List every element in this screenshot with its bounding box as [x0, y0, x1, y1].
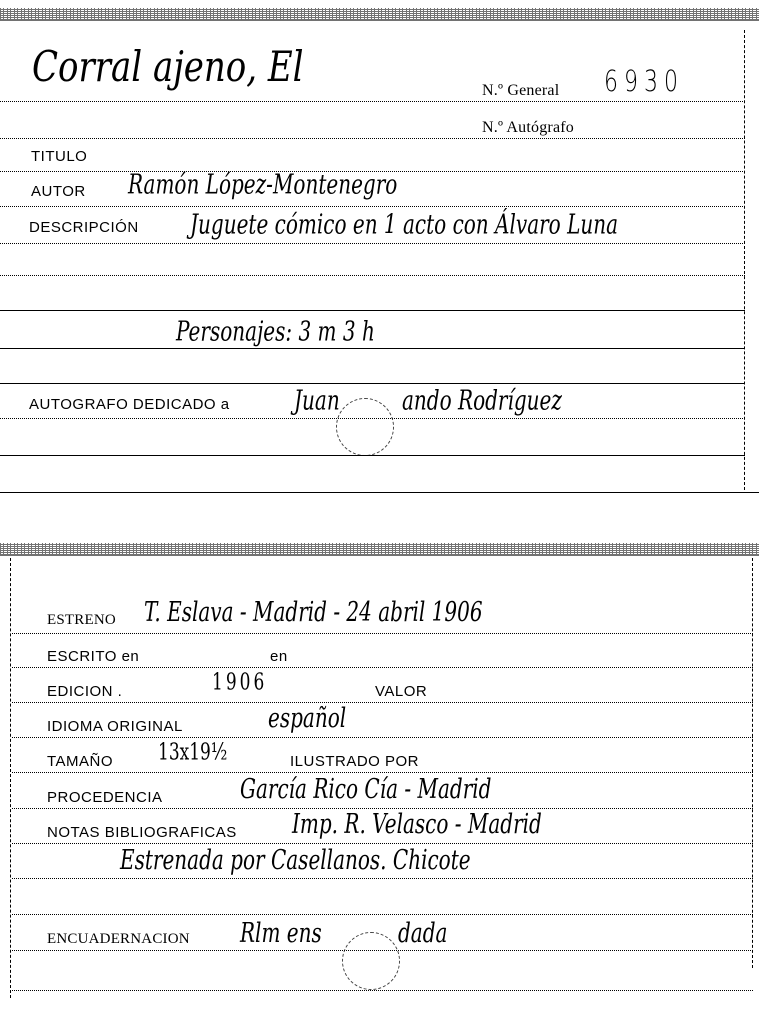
card-left-border: [10, 558, 12, 998]
ilustrado-label: ILUSTRADO POR: [290, 753, 419, 770]
rule: [12, 914, 753, 915]
encuadernacion-value-left: Rlm ens: [240, 917, 322, 949]
idioma-value: español: [268, 702, 346, 734]
edicion-value: 1906: [212, 669, 267, 696]
encuadernacion-value-right: dada: [398, 917, 447, 949]
catalog-card-top: Corral ajeno, El N.º General 6930 N.º Au…: [0, 0, 759, 500]
autor-label: AUTOR: [31, 183, 86, 200]
estreno-value: T. Eslava - Madrid - 24 abril 1906: [144, 596, 483, 628]
estreno-label: ESTRENO: [47, 612, 116, 629]
escrito-label: ESCRITO en: [47, 648, 139, 665]
valor-label: VALOR: [375, 683, 427, 700]
rule: [0, 455, 745, 456]
card-bottom-edge: [0, 492, 759, 493]
tamano-label: TAMAÑO: [47, 753, 113, 770]
autor-value: Ramón López-Montenegro: [128, 168, 397, 200]
notas-value-1: Imp. R. Velasco - Madrid: [292, 808, 542, 840]
rule: [0, 243, 745, 244]
rule: [12, 702, 753, 703]
personajes-value: Personajes: 3 m 3 h: [176, 315, 375, 347]
catalog-card-bottom: ESTRENO T. Eslava - Madrid - 24 abril 19…: [0, 540, 759, 1028]
idioma-label: IDIOMA ORIGINAL: [47, 718, 183, 735]
rule: [0, 101, 745, 102]
n-autografo-label: N.º Autógrafo: [482, 119, 574, 137]
punch-hole: [342, 932, 400, 990]
descripcion-value: Juguete cómico en 1 acto con Álvaro Luna: [190, 208, 618, 240]
procedencia-label: PROCEDENCIA: [47, 789, 163, 806]
rule: [12, 737, 753, 738]
autografo-value-right: ando Rodríguez: [402, 384, 562, 416]
card-right-border: [752, 558, 754, 968]
rule: [0, 138, 745, 139]
rule: [0, 383, 745, 384]
encuadernacion-label: ENCUADERNACION: [47, 931, 190, 948]
notas-value-2: Estrenada por Casellanos. Chicote: [120, 844, 471, 876]
rule: [12, 950, 753, 951]
rule: [12, 633, 753, 634]
rule: [0, 275, 745, 276]
n-general-label: N.º General: [482, 82, 559, 100]
rule: [12, 878, 753, 879]
card-right-border: [744, 30, 746, 490]
scan-noise-border: [0, 8, 759, 20]
title-handwritten: Corral ajeno, El: [32, 42, 304, 92]
notas-label: NOTAS BIBLIOGRAFICAS: [47, 824, 237, 841]
rule: [0, 310, 745, 311]
autografo-value-left: Juan: [294, 384, 340, 416]
n-general-value: 6930: [604, 65, 684, 99]
titulo-label: TITULO: [31, 148, 87, 165]
rule: [12, 667, 753, 668]
rule: [12, 990, 753, 991]
procedencia-value: García Rico Cía - Madrid: [240, 773, 491, 805]
autografo-label: AUTOGRAFO DEDICADO a: [29, 396, 230, 413]
descripcion-label: DESCRIPCIÓN: [29, 219, 139, 236]
rule: [0, 348, 745, 349]
scan-noise-border: [0, 543, 759, 555]
edicion-label: EDICION .: [47, 683, 122, 700]
tamano-value: 13x19½: [158, 739, 227, 766]
escrito-en-label: en: [270, 648, 288, 665]
punch-hole: [336, 398, 394, 456]
rule: [0, 418, 745, 419]
